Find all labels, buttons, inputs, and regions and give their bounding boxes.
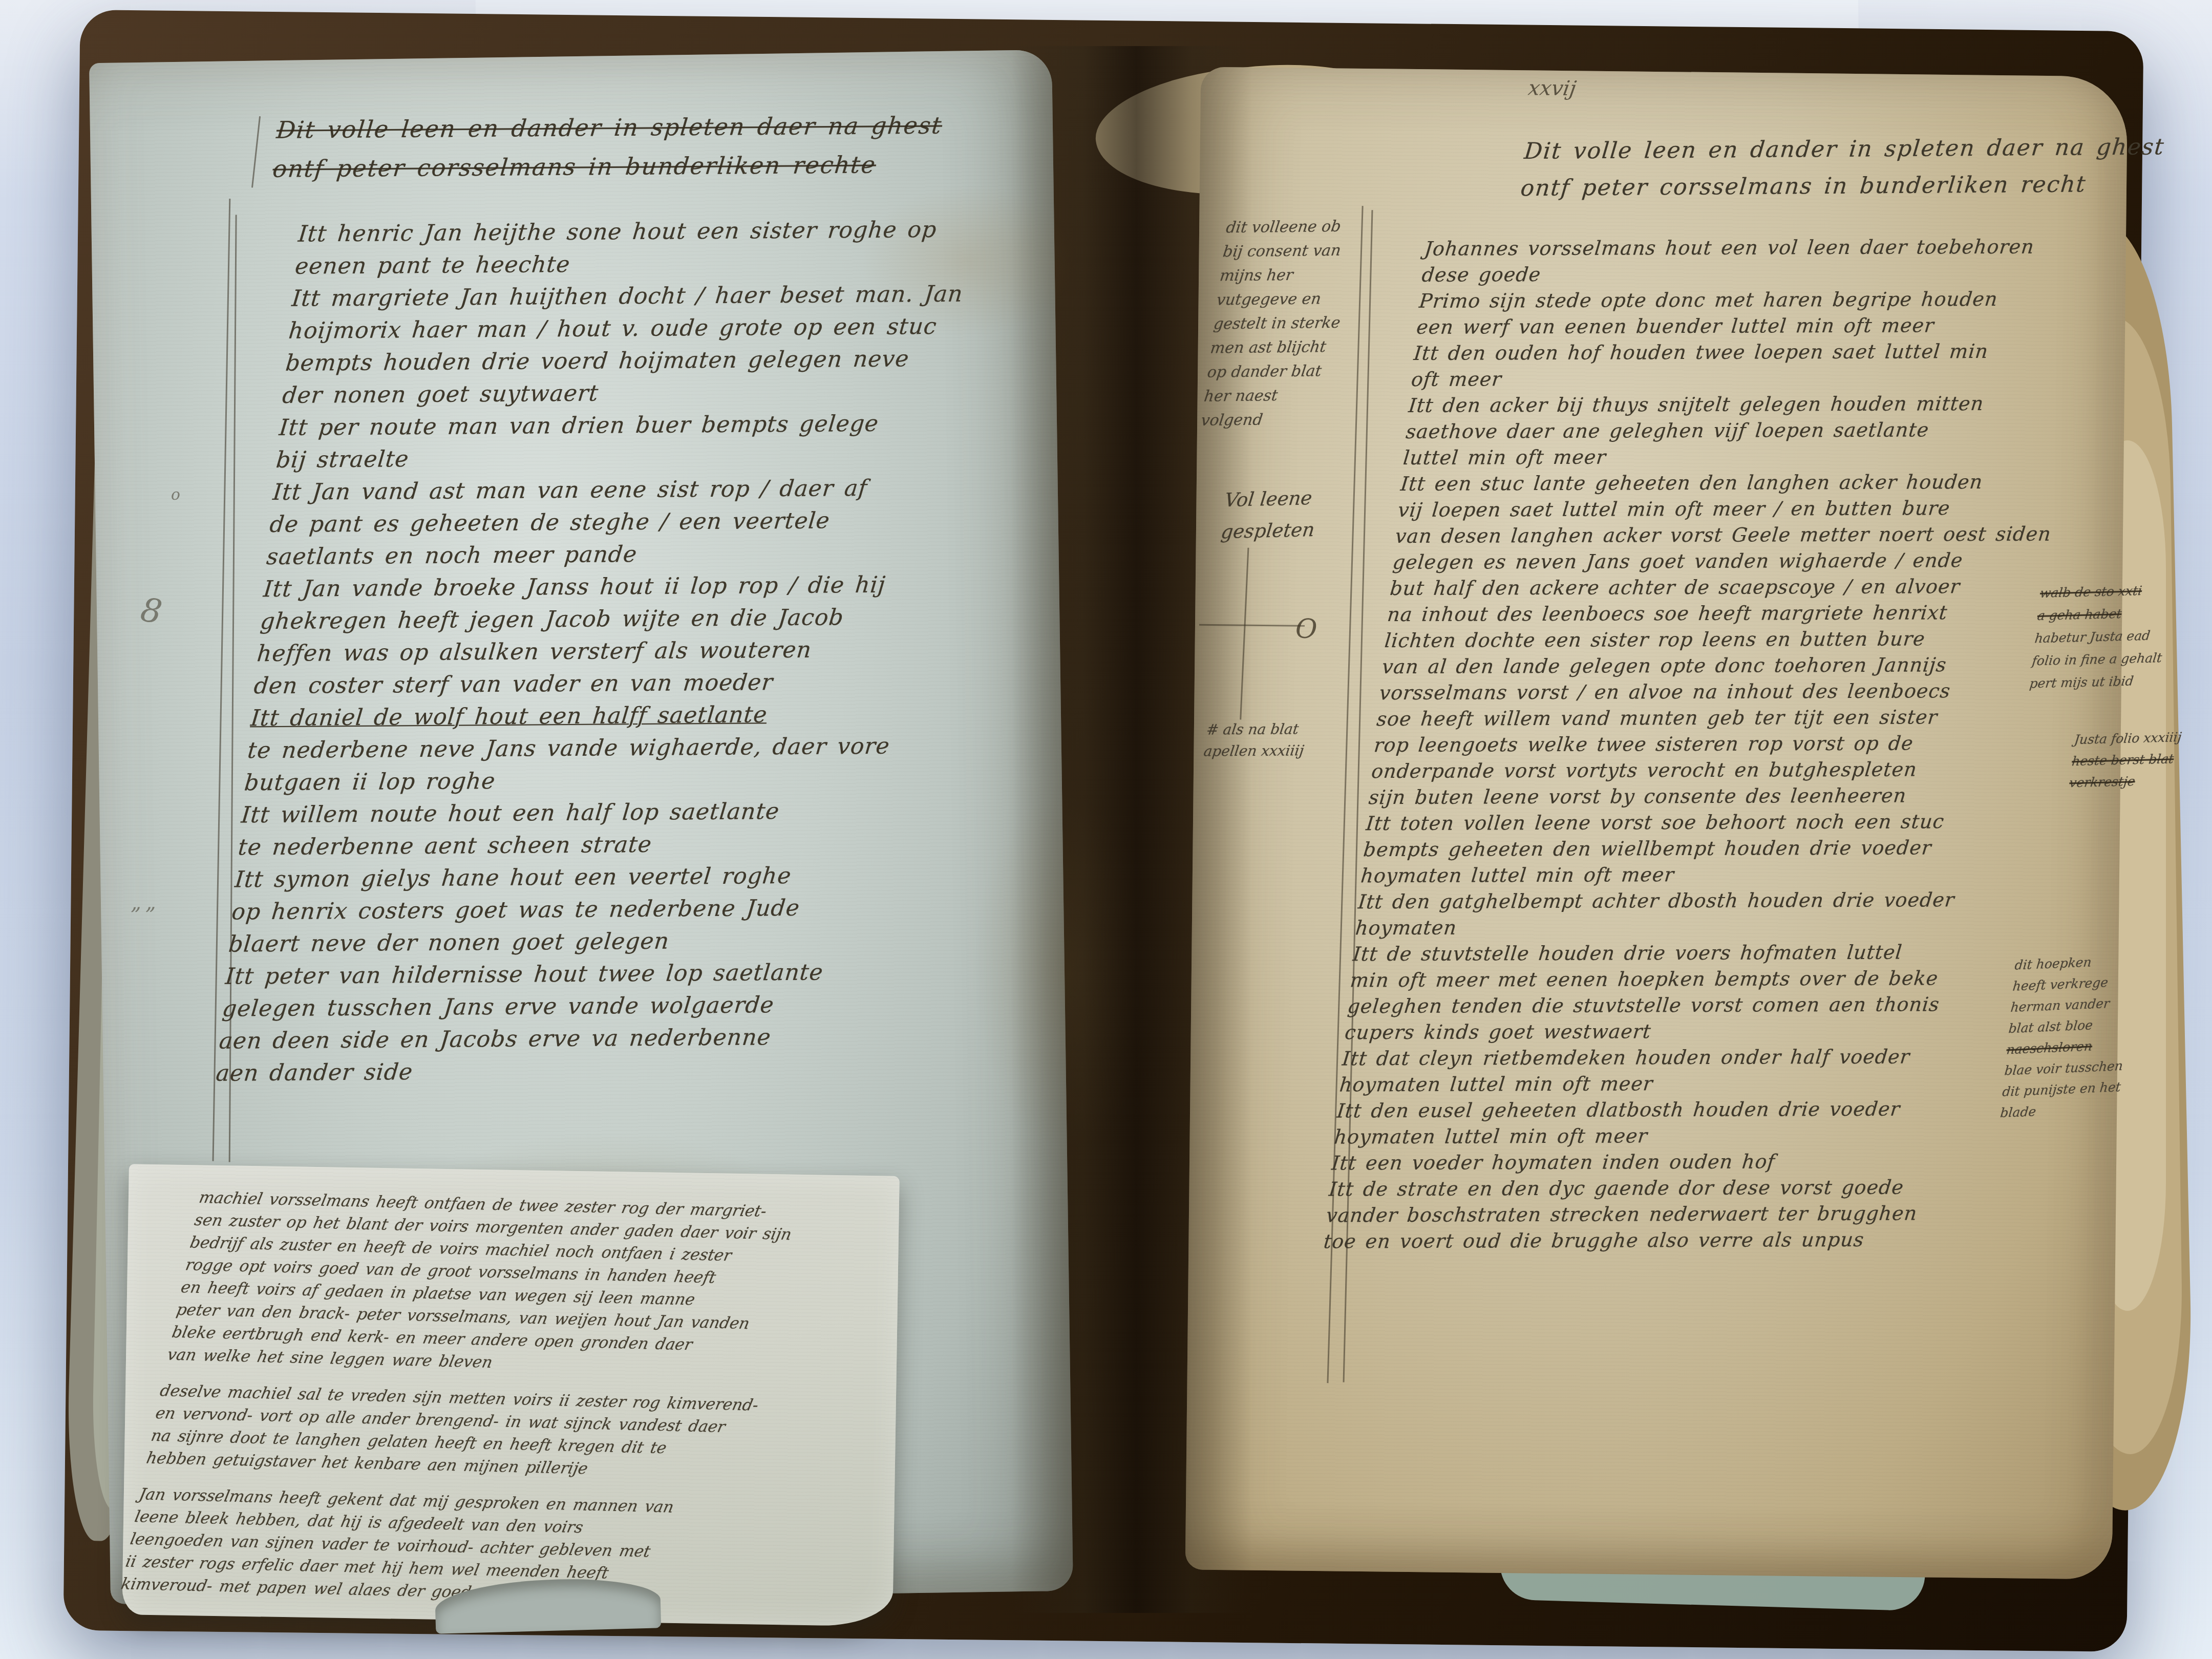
text-line: Itt symon gielys hane hout een veertel r…	[233, 859, 908, 896]
gutter-shadow	[1011, 46, 1252, 1613]
text-line: pert mijs ut ibid	[2028, 669, 2161, 695]
text-line: heffen was op alsulken versterf als wout…	[256, 633, 930, 670]
text-line: vander boschstraten strecken nederwaert …	[1325, 1200, 1984, 1228]
text-line: Itt daniel de wolf hout een halff saetla…	[249, 697, 924, 734]
text-line: den coster sterf van vader en van moeder	[252, 665, 927, 702]
text-line: vorsselmans vorst / en alvoe na inhout d…	[1378, 678, 2036, 706]
text-line: bij straelte	[274, 439, 949, 476]
text-line: luttel min oft meer	[1402, 442, 2060, 471]
text-line: aen deen side en Jacobs erve va nederben…	[218, 1020, 892, 1057]
text-line: verkrestje	[2068, 770, 2178, 794]
slip-paragraph-2: deselve machiel sal te vreden sijn mette…	[144, 1379, 760, 1484]
text-line: Primo sijn stede opte donc met haren beg…	[1418, 286, 2076, 314]
text-line: op henrix costers goet was te nederbene …	[230, 891, 905, 928]
text-line: gelegen tusschen Jans erve vande wolgaer…	[221, 988, 895, 1025]
text-line: Itt toten vollen leene vorst soe behoort…	[1365, 809, 2023, 837]
text-line: de pant es geheeten de steghe / een veer…	[268, 504, 943, 541]
text-line: onderpande vorst vortyts verocht en butg…	[1370, 756, 2029, 784]
text-line: te nederbene neve Jans vande wighaerde, …	[246, 730, 921, 767]
text-line: habetur Justa ead	[2033, 624, 2166, 650]
right-margin-note-b: Justa folio xxxiiijheste berst blatverkr…	[2068, 727, 2183, 794]
margin-circle-mark: O	[1295, 614, 1317, 645]
text-line: Itt dat cleyn rietbemdeken houden onder …	[1341, 1044, 2000, 1072]
text-line: van desen langhen acker vorst Geele mett…	[1394, 521, 2052, 549]
text-line: lichten dochte een sister rop leens en b…	[1384, 626, 2042, 654]
text-line: Itt Jan vand ast man van eene sist rop /…	[271, 472, 946, 508]
text-line: Itt henric Jan heijthe sone hout een sis…	[297, 213, 971, 250]
photo-of-open-manuscript: { "palette": { "background_blue": "#ccd7…	[0, 0, 2212, 1659]
text-line: toe en voert oud die brugghe also verre …	[1323, 1226, 1981, 1254]
text-line: hoymaten luttel min oft meer	[1338, 1070, 1997, 1098]
right-margin-note-a: walb de sto xxtia geha habethabetur Just…	[2028, 579, 2171, 695]
text-line: geleghen tenden die stuvtstelle vorst co…	[1346, 991, 2005, 1019]
text-line: Itt den eusel geheeten dlatbosth houden …	[1335, 1096, 1994, 1124]
text-line: eenen pant te heechte	[293, 246, 968, 283]
text-line: der nonen goet suytwaert	[281, 375, 955, 412]
text-line: oft meer	[1410, 364, 2069, 392]
text-line: aen dander side	[215, 1053, 889, 1090]
text-line: sijn buten leene vorst by consente des l…	[1368, 782, 2026, 811]
text-line: hoymaten luttel min oft meer	[1333, 1122, 1991, 1150]
text-line: na inhout des leenboecs soe heeft margri…	[1386, 600, 2045, 628]
text-line: rop leengoets welke twee sisteren rop vo…	[1373, 730, 2031, 758]
text-line: Justa folio xxxiiij	[2073, 727, 2183, 751]
text-line: dese goede	[1420, 260, 2079, 288]
text-line: Itt een stuc lante geheeten den langhen …	[1399, 469, 2058, 497]
text-line: hoymaten	[1354, 913, 2013, 941]
folio-number: xxvij	[1527, 76, 1578, 100]
text-line: Itt willem noute hout een half lop saetl…	[240, 794, 914, 831]
text-line: Itt peter van hildernisse hout twee lop …	[224, 956, 898, 993]
text-line: saethove daer ane geleghen vijf loepen s…	[1405, 416, 2063, 444]
text-line: Itt den gatghelbempt achter dbosth houde…	[1357, 887, 2015, 915]
text-line: blaert neve der nonen goet gelegen	[227, 923, 902, 960]
text-line: ghekregen heeft jegen Jacob wijte en die…	[259, 601, 933, 637]
attached-paper-slip: machiel vorsselmans heeft ontfaen de twe…	[122, 1164, 900, 1627]
text-line: Itt de strate en den dyc gaende dor dese…	[1328, 1174, 1986, 1202]
text-line: van al den lande gelegen opte donc toeho…	[1381, 652, 2039, 680]
text-line: bempts houden drie voerd hoijmaten geleg…	[284, 343, 959, 379]
right-page: xxvij Dit volle leen en dander in splete…	[1185, 67, 2128, 1580]
text-line: Itt een voeder hoymaten inden ouden hof	[1330, 1148, 1989, 1176]
text-line: een werf van eenen buender luttel min of…	[1415, 312, 2074, 340]
left-page-heading-struck: Dit volle leen en dander in spleten daer…	[271, 106, 944, 188]
text-line: Itt den ouden hof houden twee loepen sae…	[1413, 338, 2071, 366]
text-line: Dit volle leen en dander in spleten daer…	[1522, 129, 2166, 170]
text-line: gelegen es neven Jans goet vanden wighae…	[1391, 547, 2050, 576]
right-margin-note-c: dit hoepkenheeft verkregeherman vanderbl…	[2000, 950, 2135, 1123]
text-line: te nederbenne aent scheen strate	[237, 826, 911, 863]
margin-mark: „„	[131, 891, 160, 915]
text-line: Itt margriete Jan huijthen docht / haer …	[290, 278, 965, 315]
right-page-heading: Dit volle leen en dander in spleten daer…	[1519, 129, 2166, 207]
text-line: but half den ackere achter de scaepscoye…	[1389, 573, 2047, 602]
slip-paragraph-1: machiel vorsselmans heeft ontfaen de twe…	[165, 1186, 799, 1380]
text-line: Johannes vorsselmans hout een vol leen d…	[1423, 233, 2081, 262]
text-line: butgaen ii lop roghe	[243, 762, 917, 799]
text-line: hoymaten luttel min oft meer	[1359, 861, 2018, 889]
margin-mark: o	[171, 486, 181, 504]
slip-text-block: machiel vorsselmans heeft ontfaen de twe…	[119, 1186, 800, 1610]
text-line: ontf peter corsselmans in bunderliken re…	[1519, 165, 2162, 207]
text-line: Itt den acker bij thuys snijtelt gelegen…	[1407, 390, 2066, 418]
text-line: Dit volle leen en dander in spleten daer…	[274, 106, 944, 150]
text-line: folio in fine a gehalt	[2031, 647, 2163, 672]
text-line: cupers kinds goet westwaert	[1344, 1017, 2002, 1046]
text-line: ontf peter corsselmans in bunderliken re…	[271, 145, 940, 188]
text-line: saetlants en noch meer pande	[265, 536, 940, 573]
text-line: a geha habet	[2036, 602, 2168, 627]
right-page-text-block: Johannes vorsselmans hout een vol leen d…	[1323, 233, 2082, 1254]
text-line: heste berst blat	[2071, 748, 2180, 772]
text-line: Itt de stuvtstelle houden drie voers hof…	[1352, 939, 2010, 967]
text-line: hoijmorix haer man / hout v. oude grote …	[287, 310, 962, 347]
text-line: soe heeft willem vand munten geb ter tij…	[1375, 704, 2034, 732]
text-line: walb de sto xxti	[2039, 579, 2172, 605]
text-line: Itt per noute man van drien buer bempts …	[278, 407, 952, 444]
text-line: bempts geheeten den wiellbempt houden dr…	[1362, 835, 2020, 863]
text-line: Itt Jan vande broeke Janss hout ii lop r…	[262, 568, 937, 605]
text-line: min oft meer met eenen hoepken bempts ov…	[1349, 965, 2007, 993]
text-line: vij loepen saet luttel min oft meer / en…	[1397, 495, 2055, 523]
left-page-text-block: Itt henric Jan heijthe sone hout een sis…	[215, 213, 971, 1089]
